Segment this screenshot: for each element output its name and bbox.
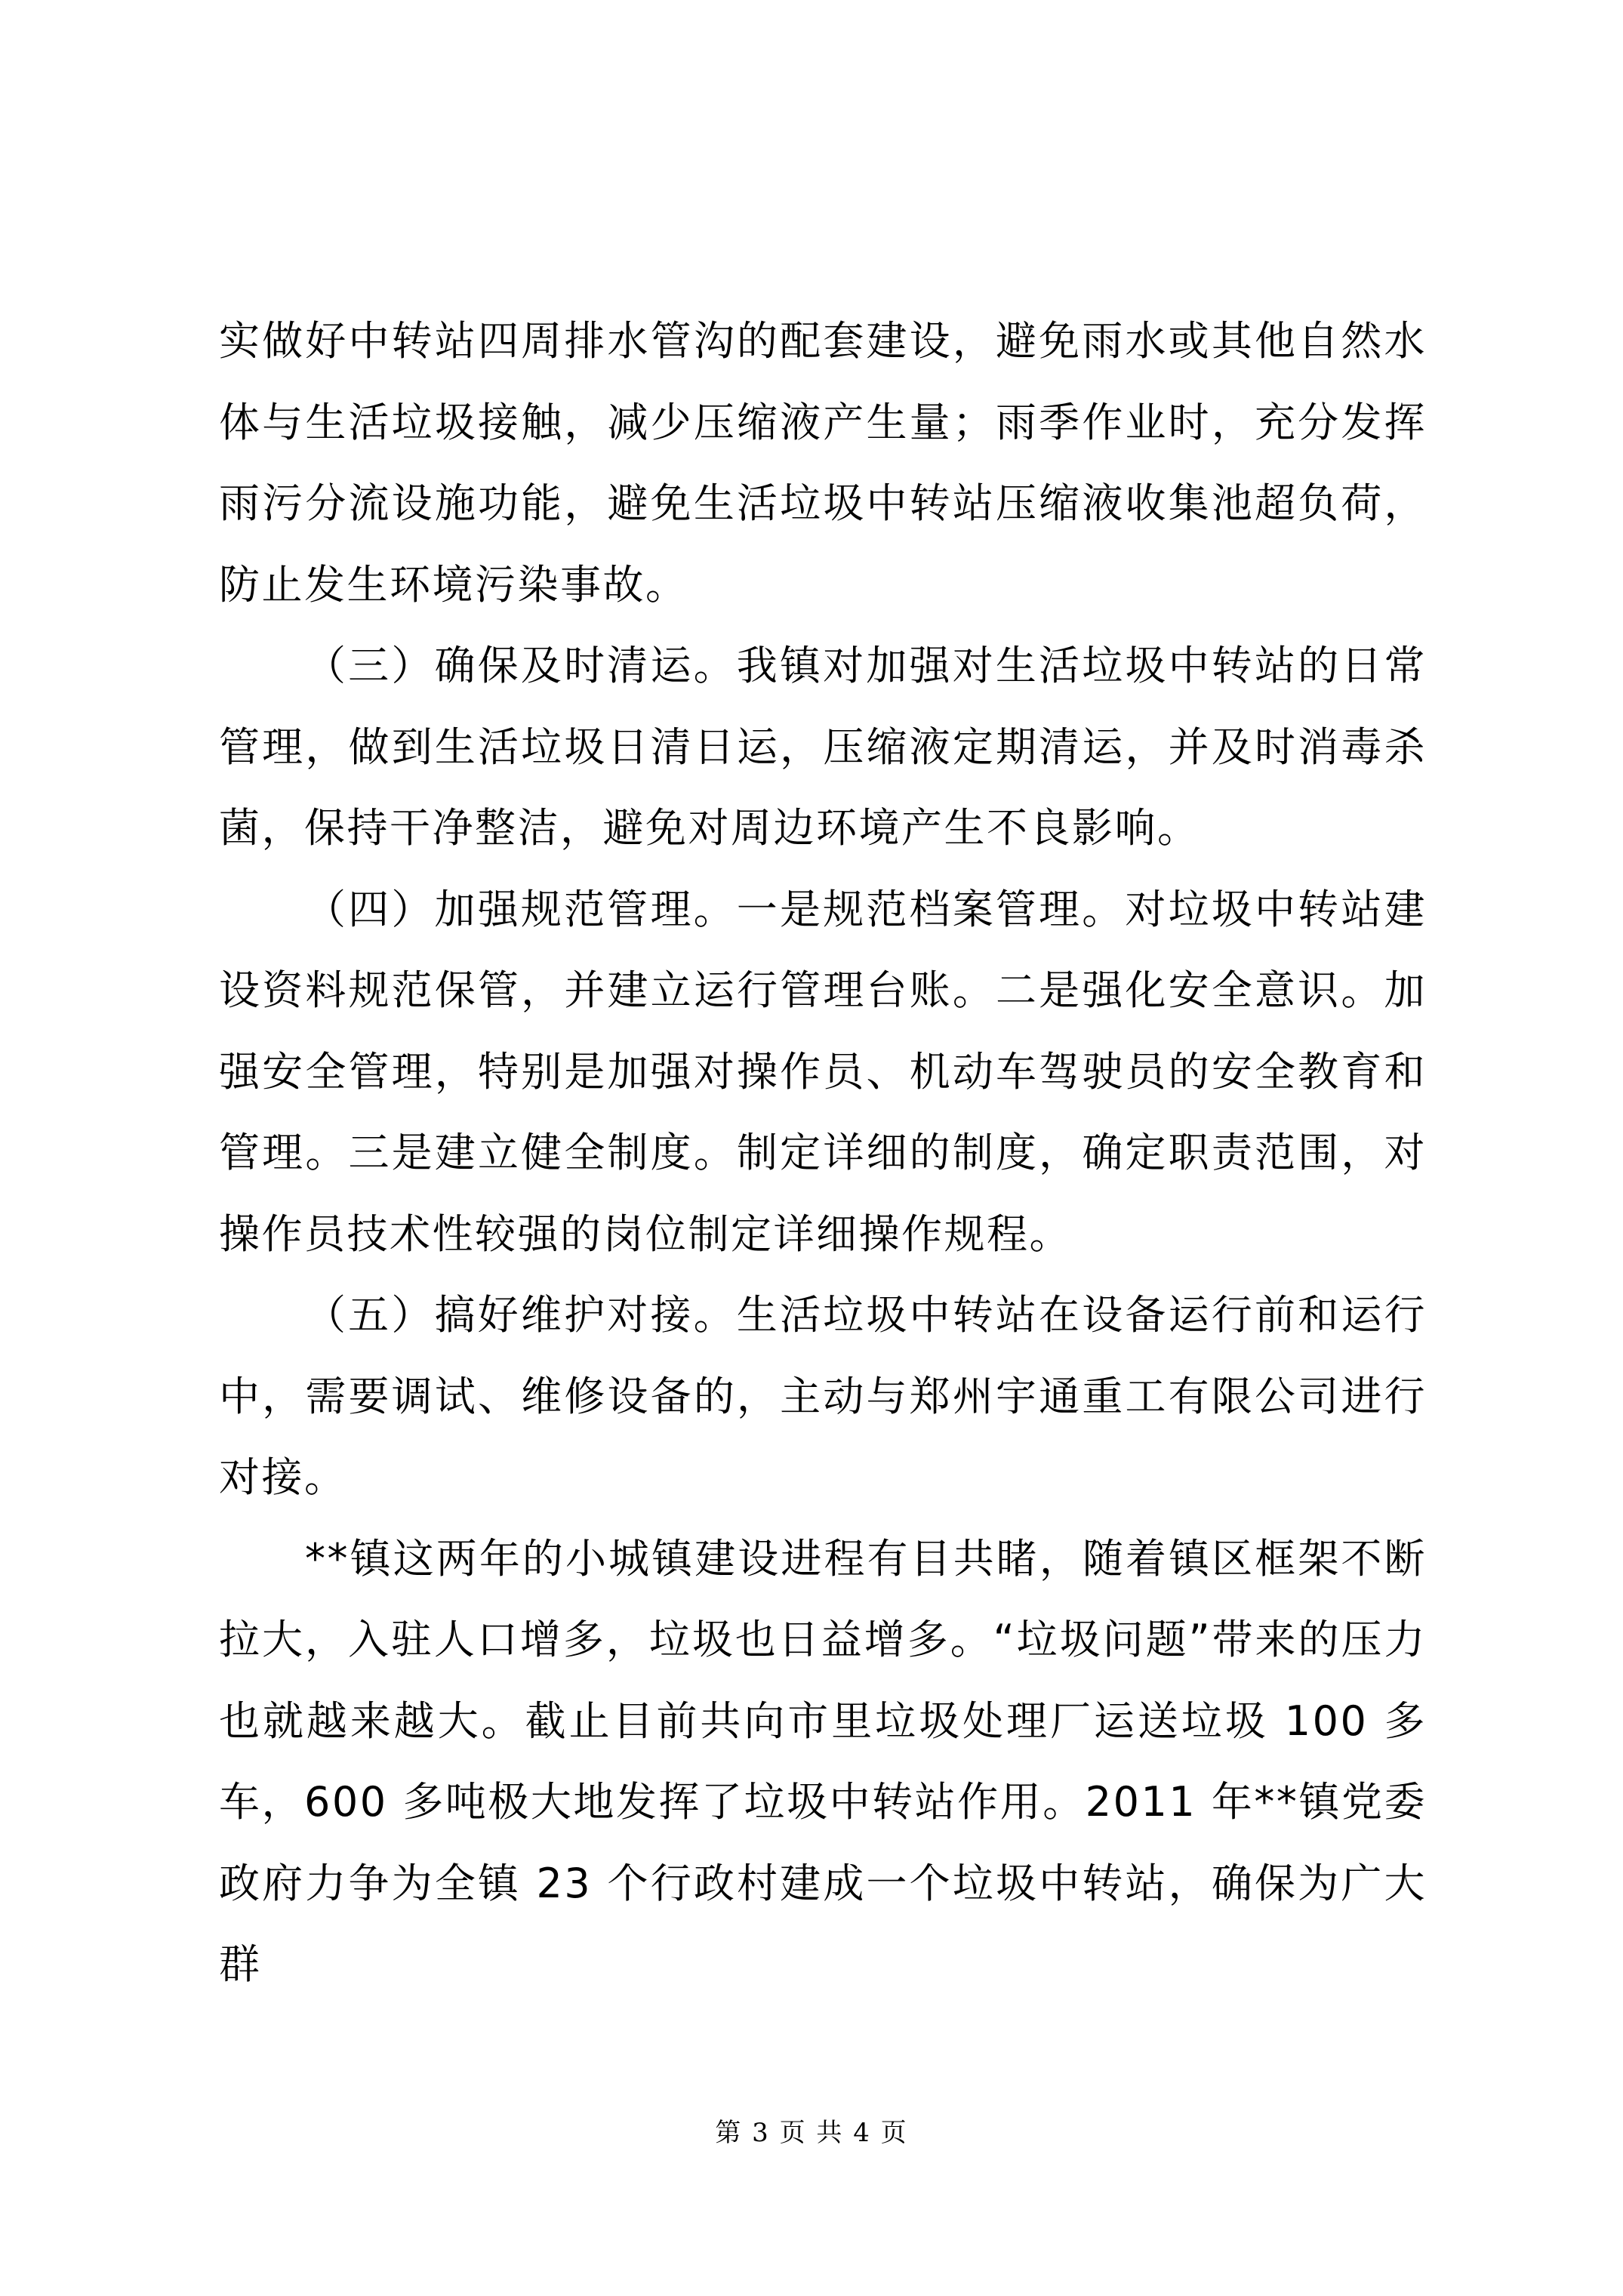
paragraph-town-construction-summary: **镇这两年的小城镇建设进程有目共睹，随着镇区框架不断拉大，入驻人口增多，垃圾也… — [219, 1518, 1427, 2005]
page-footer: 第 3 页 共 4 页 — [0, 2114, 1623, 2152]
paragraph-maintenance-liaison: （五）搞好维护对接。生活垃圾中转站在设备运行前和运行中，需要调试、维修设备的，主… — [219, 1274, 1427, 1518]
document-page: 实做好中转站四周排水管沟的配套建设，避免雨水或其他自然水体与生活垃圾接触，减少压… — [0, 0, 1623, 2296]
page-number-label: 第 3 页 共 4 页 — [715, 2118, 907, 2148]
paragraph-standardized-management: （四）加强规范管理。一是规范档案管理。对垃圾中转站建设资料规范保管，并建立运行管… — [219, 869, 1427, 1275]
paragraph-drainage-construction: 实做好中转站四周排水管沟的配套建设，避免雨水或其他自然水体与生活垃圾接触，减少压… — [219, 300, 1427, 625]
paragraph-timely-clearance: （三）确保及时清运。我镇对加强对生活垃圾中转站的日常管理，做到生活垃圾日清日运，… — [219, 625, 1427, 869]
document-body: 实做好中转站四周排水管沟的配套建设，避免雨水或其他自然水体与生活垃圾接触，减少压… — [219, 300, 1427, 2005]
